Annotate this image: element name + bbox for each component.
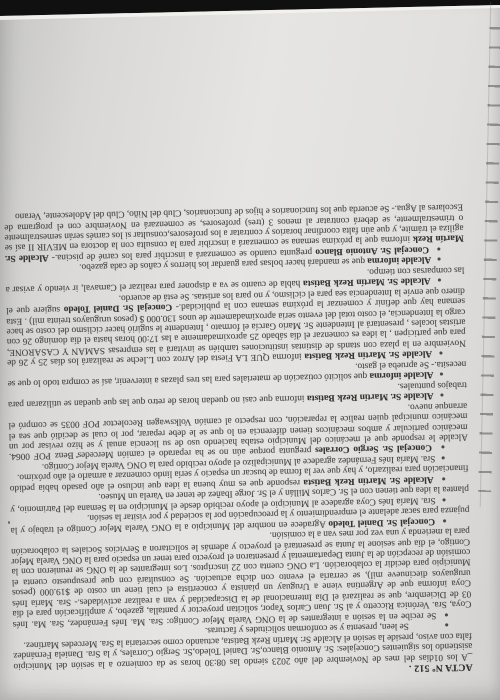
scan-speck: [8, 521, 10, 524]
list-item: ● Alcalde Sr. Martín Rezk Batista inform…: [6, 285, 466, 368]
bullet-icon: ●: [435, 517, 447, 525]
speaker-name: Alcalde informa: [367, 255, 431, 266]
bullet-icon: ●: [433, 475, 445, 483]
tab-gap: [409, 623, 439, 624]
acta-document: ACTA Nº 512 . _A los 01días del mes de N…: [0, 0, 500, 700]
bullet-icon: ●: [431, 255, 441, 263]
bullet-icon: ●: [432, 349, 443, 357]
bullet-icon: ●: [433, 391, 444, 399]
bullet-icon: ●: [436, 496, 447, 504]
speaker-name: Alcalde informa: [369, 369, 433, 380]
list-item: ● Se recibe en la sesión a integrantes d…: [11, 525, 472, 629]
minutes-text: Se recibe en la sesión a integrantes de …: [11, 526, 471, 629]
minutes-bullet-list: ● Se leen, presenta y se conforman solic…: [4, 201, 472, 639]
speaker-name: Concejal Sr. Daniel Toledo: [328, 516, 435, 528]
bullet-icon: ●: [432, 443, 445, 451]
bullet-icon: ●: [433, 370, 443, 378]
scan-speck: [76, 456, 78, 458]
list-item: ● Concejal Sr. Antonio Blanco pregunta c…: [4, 201, 464, 263]
bullet-icon: ●: [435, 454, 445, 462]
bullet-icon: ●: [431, 276, 442, 284]
list-item: ● Concejal Sr. Sergio Corrales pregunta …: [8, 400, 468, 462]
scanned-page: ACTA Nº 512 . _A los 01días del mes de N…: [0, 0, 500, 700]
bullet-icon: ●: [439, 621, 449, 629]
bullet-icon: ●: [436, 611, 448, 619]
bullet-icon: ●: [429, 245, 441, 253]
